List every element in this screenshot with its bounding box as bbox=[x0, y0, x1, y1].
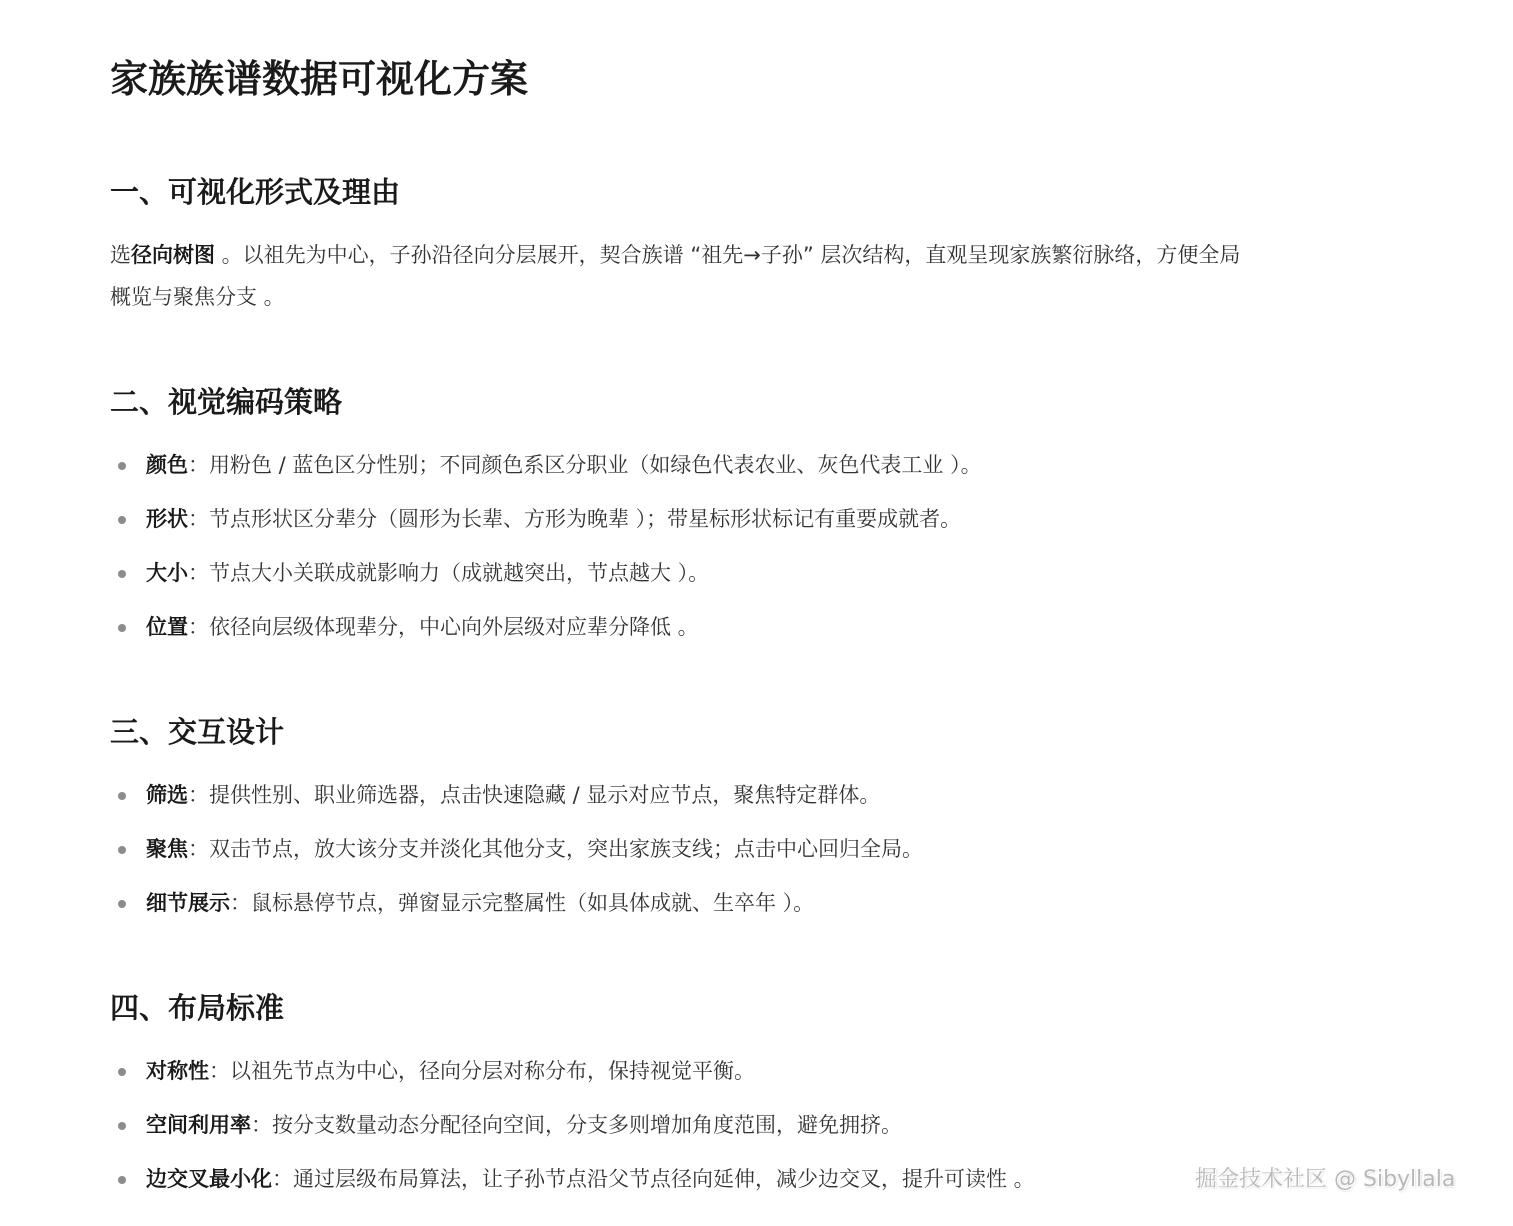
section-heading-visualization-form: 一、可视化形式及理由 bbox=[110, 172, 400, 212]
list-item-separator: ： bbox=[272, 1167, 293, 1191]
bullet-dot-icon bbox=[118, 792, 126, 800]
list-item-desc: 用粉色 / 蓝色区分性别；不同颜色系区分职业（如绿色代表农业、灰色代表工业 ）。 bbox=[209, 453, 982, 477]
list-item-term: 筛选 bbox=[146, 783, 188, 807]
bullet-dot-icon bbox=[118, 900, 126, 908]
section-heading-interaction-design: 三、交互设计 bbox=[110, 712, 284, 752]
list-item: 位置：依径向层级体现辈分，中心向外层级对应辈分降低 。 bbox=[110, 600, 982, 654]
section-paragraph-visualization-form: 选径向树图 。以祖先为中心，子孙沿径向分层展开，契合族谱 “祖先→子孙” 层次结… bbox=[110, 234, 1260, 318]
list-item-separator: ： bbox=[251, 1113, 272, 1137]
list-item-desc: 依径向层级体现辈分，中心向外层级对应辈分降低 。 bbox=[209, 615, 699, 639]
list-item-desc: 节点大小关联成就影响力（成就越突出，节点越大 ）。 bbox=[209, 561, 709, 585]
interaction-design-list: 筛选：提供性别、职业筛选器，点击快速隐藏 / 显示对应节点，聚焦特定群体。 聚焦… bbox=[110, 768, 923, 930]
list-item: 聚焦：双击节点，放大该分支并淡化其他分支，突出家族支线；点击中心回归全局。 bbox=[110, 822, 923, 876]
list-item-separator: ： bbox=[230, 891, 251, 915]
list-item-desc: 以祖先节点为中心，径向分层对称分布，保持视觉平衡。 bbox=[230, 1059, 755, 1083]
list-item-separator: ： bbox=[188, 453, 209, 477]
list-item: 对称性：以祖先节点为中心，径向分层对称分布，保持视觉平衡。 bbox=[110, 1044, 1035, 1098]
bullet-dot-icon bbox=[118, 570, 126, 578]
section-heading-visual-encoding: 二、视觉编码策略 bbox=[110, 382, 342, 422]
list-item-desc: 节点形状区分辈分（圆形为长辈、方形为晚辈 ）；带星标形状标记有重要成就者。 bbox=[209, 507, 961, 531]
section-heading-layout-standards: 四、布局标准 bbox=[110, 988, 284, 1028]
list-item-term: 边交叉最小化 bbox=[146, 1167, 272, 1191]
list-item-desc: 双击节点，放大该分支并淡化其他分支，突出家族支线；点击中心回归全局。 bbox=[209, 837, 923, 861]
list-item: 筛选：提供性别、职业筛选器，点击快速隐藏 / 显示对应节点，聚焦特定群体。 bbox=[110, 768, 923, 822]
bullet-dot-icon bbox=[118, 1176, 126, 1184]
list-item: 细节展示：鼠标悬停节点，弹窗显示完整属性（如具体成就、生卒年 ）。 bbox=[110, 876, 923, 930]
list-item-term: 形状 bbox=[146, 507, 188, 531]
list-item-separator: ： bbox=[188, 783, 209, 807]
bullet-dot-icon bbox=[118, 624, 126, 632]
list-item-term: 聚焦 bbox=[146, 837, 188, 861]
list-item-separator: ： bbox=[209, 1059, 230, 1083]
watermark: 掘金技术社区 @ Sibyllala bbox=[1195, 1162, 1455, 1193]
paragraph-bold-term: 径向树图 bbox=[131, 243, 215, 267]
list-item-term: 空间利用率 bbox=[146, 1113, 251, 1137]
list-item-term: 大小 bbox=[146, 561, 188, 585]
bullet-dot-icon bbox=[118, 462, 126, 470]
page-title: 家族族谱数据可视化方案 bbox=[110, 52, 528, 106]
list-item: 大小：节点大小关联成就影响力（成就越突出，节点越大 ）。 bbox=[110, 546, 982, 600]
paragraph-prefix: 选 bbox=[110, 243, 131, 267]
list-item-term: 位置 bbox=[146, 615, 188, 639]
layout-standards-list: 对称性：以祖先节点为中心，径向分层对称分布，保持视觉平衡。 空间利用率：按分支数… bbox=[110, 1044, 1035, 1206]
list-item: 空间利用率：按分支数量动态分配径向空间，分支多则增加角度范围，避免拥挤。 bbox=[110, 1098, 1035, 1152]
list-item-desc: 按分支数量动态分配径向空间，分支多则增加角度范围，避免拥挤。 bbox=[272, 1113, 902, 1137]
list-item: 颜色：用粉色 / 蓝色区分性别；不同颜色系区分职业（如绿色代表农业、灰色代表工业… bbox=[110, 438, 982, 492]
list-item-term: 细节展示 bbox=[146, 891, 230, 915]
visual-encoding-list: 颜色：用粉色 / 蓝色区分性别；不同颜色系区分职业（如绿色代表农业、灰色代表工业… bbox=[110, 438, 982, 654]
list-item-term: 颜色 bbox=[146, 453, 188, 477]
list-item-separator: ： bbox=[188, 507, 209, 531]
list-item-desc: 通过层级布局算法，让子孙节点沿父节点径向延伸，减少边交叉，提升可读性 。 bbox=[293, 1167, 1035, 1191]
list-item-desc: 鼠标悬停节点，弹窗显示完整属性（如具体成就、生卒年 ）。 bbox=[251, 891, 814, 915]
bullet-dot-icon bbox=[118, 846, 126, 854]
list-item: 形状：节点形状区分辈分（圆形为长辈、方形为晚辈 ）；带星标形状标记有重要成就者。 bbox=[110, 492, 982, 546]
bullet-dot-icon bbox=[118, 1068, 126, 1076]
list-item-separator: ： bbox=[188, 615, 209, 639]
bullet-dot-icon bbox=[118, 516, 126, 524]
paragraph-text: 。以祖先为中心，子孙沿径向分层展开，契合族谱 “祖先→子孙” 层次结构，直观呈现… bbox=[110, 243, 1240, 309]
bullet-dot-icon bbox=[118, 1122, 126, 1130]
list-item-separator: ： bbox=[188, 837, 209, 861]
list-item-desc: 提供性别、职业筛选器，点击快速隐藏 / 显示对应节点，聚焦特定群体。 bbox=[209, 783, 880, 807]
list-item-separator: ： bbox=[188, 561, 209, 585]
list-item-term: 对称性 bbox=[146, 1059, 209, 1083]
list-item: 边交叉最小化：通过层级布局算法，让子孙节点沿父节点径向延伸，减少边交叉，提升可读… bbox=[110, 1152, 1035, 1206]
